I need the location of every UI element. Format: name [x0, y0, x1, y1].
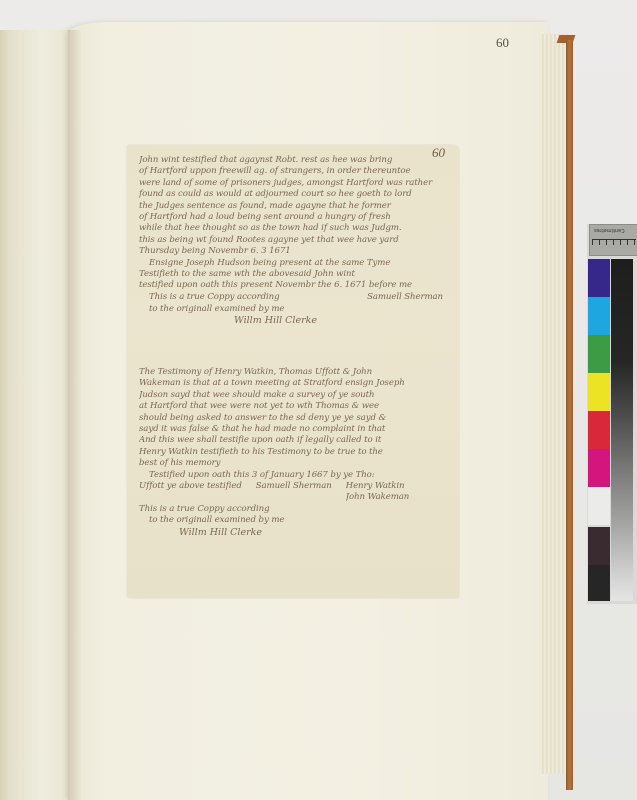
- deposition-line: of Hartford had a loud being sent around…: [139, 212, 449, 223]
- first-deposition: John wint testified that agaynst Robt. r…: [139, 155, 449, 326]
- cover-edge: [566, 40, 573, 790]
- clerk-signature: Willm Hill Clerke: [139, 527, 449, 538]
- swatch-yellow: [588, 373, 610, 411]
- deposition-line: Henry Watkin testifieth to his Testimony…: [139, 447, 449, 458]
- centimetre-ruler: Centimetres: [589, 224, 637, 256]
- grayscale-ramp: [611, 259, 633, 601]
- attesting-name: Samuell Sherman: [256, 481, 332, 504]
- swatch-red: [588, 411, 610, 449]
- attestation-row: Uffott ye above testified Samuell Sherma…: [139, 481, 449, 504]
- swatch-magenta: [588, 449, 610, 487]
- swatch-green: [588, 335, 610, 373]
- deposition-line: testified upon oath this present Novembr…: [139, 280, 449, 291]
- deposition-line: while that hee thought so as the town ha…: [139, 223, 449, 234]
- deposition-line: sayd it was false & that he had made no …: [139, 424, 449, 435]
- deposition-line: were land of some of prisoners judges, a…: [139, 178, 449, 189]
- attesting-name: Henry Watkin: [346, 481, 410, 492]
- deposition-line: of Hartford uppon freewill ag. of strang…: [139, 166, 449, 177]
- deposition-line: John wint testified that agaynst Robt. r…: [139, 155, 449, 166]
- deposition-line: Judson sayd that wee should make a surve…: [139, 390, 449, 401]
- deposition-date-line: Thursday being Novembr 6. 3 1671: [139, 246, 449, 257]
- deposition-line: at Hartford that wee were not yet to wth…: [139, 401, 449, 412]
- deposition-line: this as being wt found Rootes agayne yet…: [139, 235, 449, 246]
- deposition-line: the Judges sentence as found, made agayn…: [139, 201, 449, 212]
- copy-note: This is a true Coppy according: [139, 504, 449, 515]
- ruler-label: Centimetres: [594, 227, 625, 233]
- copy-note: to the originall examined by me: [139, 304, 449, 315]
- ruler-ticks: [592, 239, 636, 250]
- left-page: [0, 30, 71, 800]
- manuscript-sheet: 60 John wint testified that agaynst Robt…: [127, 145, 459, 598]
- copy-note: to the originall examined by me: [139, 515, 449, 526]
- deposition-line: should being asked to answer to the sd d…: [139, 413, 449, 424]
- deposition-line: best of his memory: [139, 458, 449, 469]
- sworn-line: Uffott ye above testified: [139, 481, 242, 504]
- sworn-line: Testified upon oath this 3 of January 16…: [139, 470, 449, 481]
- deposition-line: found as could as would at adjourned cou…: [139, 189, 449, 200]
- gutter-shadow: [68, 30, 82, 800]
- deposition-line: The Testimony of Henry Watkin, Thomas Uf…: [139, 367, 449, 378]
- swatch-blue: [588, 259, 610, 297]
- left-page-edge: [0, 30, 10, 800]
- attesting-name: John Wakeman: [346, 492, 410, 503]
- deposition-line: Wakeman is that at a town meeting at Str…: [139, 378, 449, 389]
- clerk-signature: Willm Hill Clerke: [139, 315, 449, 326]
- fore-edge-leaves: [540, 34, 568, 774]
- deposition-line: Ensigne Joseph Hudson being present at t…: [139, 258, 449, 269]
- swatch-white: [588, 487, 610, 525]
- swatch-cyan: [588, 297, 610, 335]
- page-number: 60: [496, 35, 509, 51]
- deposition-line: And this wee shall testifie upon oath if…: [139, 435, 449, 446]
- swatch-brown-black: [588, 527, 610, 565]
- deposition-line: Testifieth to the same wth the abovesaid…: [139, 269, 449, 280]
- witness-names: Henry Watkin John Wakeman: [346, 481, 410, 504]
- swatch-black: [588, 565, 610, 601]
- second-deposition: The Testimony of Henry Watkin, Thomas Uf…: [139, 367, 449, 538]
